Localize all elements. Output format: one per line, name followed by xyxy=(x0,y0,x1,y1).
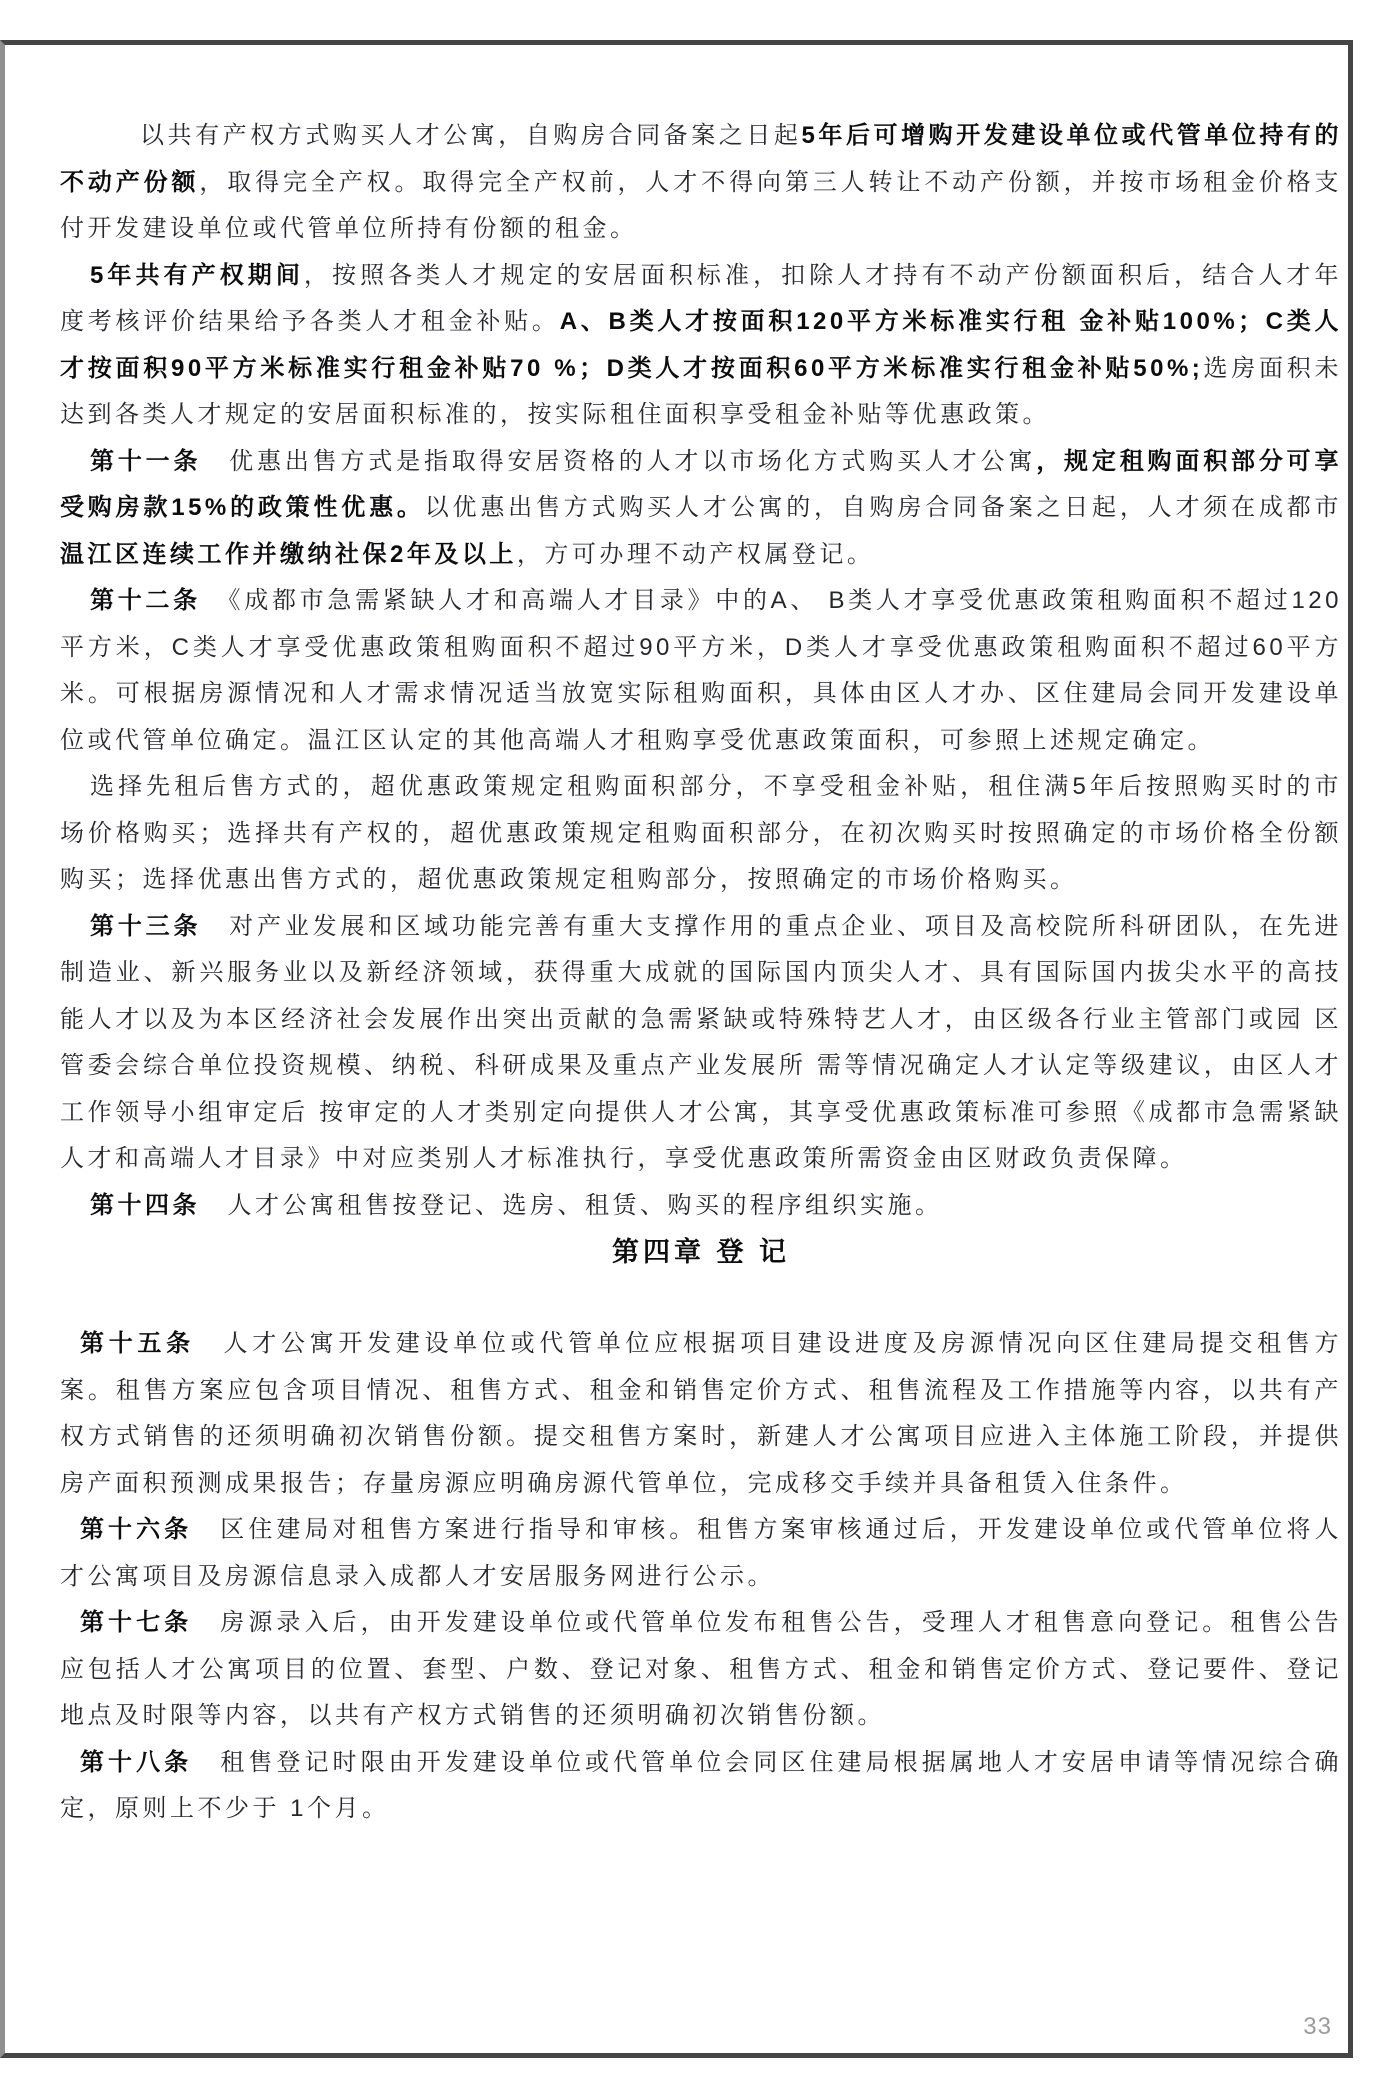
article-paragraph: 第十三条 对产业发展和区域功能完善有重大支撑作用的重点企业、项目及高校院所科研团… xyxy=(60,904,1342,1183)
text-run: 对产业发展和区域功能完善有重大支撑作用的重点企业、项目及高校院所科研团队，在先进… xyxy=(60,913,1342,1173)
text-run: 人才公寓租售按登记、选房、租赁、购买的程序组织实施。 xyxy=(200,1192,943,1219)
article-paragraph: 5年共有产权期间，按照各类人才规定的安居面积标准，扣除人才持有不动产份额面积后，… xyxy=(60,253,1342,439)
bold-text-run: 第十二条 xyxy=(90,587,201,614)
text-run: 《成都市急需紧缺人才和高端人才目录》中的A、 B类人才享受优惠政策租购面积不超过… xyxy=(60,587,1342,754)
bold-text-run: 第十八条 xyxy=(80,1749,192,1776)
article-paragraph: 第十八条 租售登记时限由开发建设单位或代管单位会同区住建局根据属地人才安居申请等… xyxy=(60,1740,1342,1833)
text-run: 租售登记时限由开发建设单位或代管单位会同区住建局根据属地人才安居申请等情况综合确… xyxy=(60,1749,1342,1823)
text-run: 区住建局对租售方案进行指导和审核。租售方案审核通过后，开发建设单位或代管单位将人… xyxy=(60,1516,1342,1590)
article-paragraph: 选择先租后售方式的，超优惠政策规定租购面积部分，不享受租金补贴，租住满5年后按照… xyxy=(60,764,1342,904)
page-number: 33 xyxy=(1303,2013,1332,2041)
text-run: 人才公寓开发建设单位或代管单位应根据项目建设进度及房源情况向区住建局提交租售方案… xyxy=(60,1330,1342,1497)
bold-text-run: 第四章 登 记 xyxy=(612,1237,790,1267)
text-run: 以优惠出售方式购买人才公寓的，自购房合同备案之日起，人才须在成都市 xyxy=(425,494,1342,521)
article-paragraph: 第十二条 《成都市急需紧缺人才和高端人才目录》中的A、 B类人才享受优惠政策租购… xyxy=(60,578,1342,764)
bold-text-run: 第十六条 xyxy=(80,1516,192,1543)
article-paragraph: 第十四条 人才公寓租售按登记、选房、租赁、购买的程序组织实施。 xyxy=(60,1183,1342,1230)
text-run: 优惠出售方式是指取得安居资格的人才以市场化方式购买人才公寓 xyxy=(201,448,1036,475)
bold-text-run: 5年共有产权期间 xyxy=(90,262,304,289)
text-run: ，取得完全产权。取得完全产权前，人才不得向第三人转让不动产份额，并按市场租金价格… xyxy=(60,169,1342,243)
text-run: 以共有产权方式购买人才公寓，自购房合同备案之日起 xyxy=(140,122,801,149)
article-paragraph: 以共有产权方式购买人才公寓，自购房合同备案之日起5年后可增购开发建设单位或代管单… xyxy=(60,113,1342,253)
bold-text-run: 第十四条 xyxy=(90,1192,200,1219)
bold-text-run: 第十七条 xyxy=(80,1609,192,1636)
text-run: ，方可办理不动产权属登记。 xyxy=(517,541,875,568)
bold-text-run: 第十三条 xyxy=(90,913,201,940)
article-paragraph: 第十七条 房源录入后，由开发建设单位或代管单位发布租售公告，受理人才租售意向登记… xyxy=(60,1600,1342,1740)
article-paragraph: 第十五条 人才公寓开发建设单位或代管单位应根据项目建设进度及房源情况向区住建局提… xyxy=(60,1321,1342,1507)
chapter-heading: 第四章 登 记 xyxy=(60,1229,1342,1276)
bold-text-run: 第十五条 xyxy=(80,1330,195,1357)
text-run: 房源录入后，由开发建设单位或代管单位发布租售公告，受理人才租售意向登记。租售公告… xyxy=(60,1609,1342,1729)
text-run: 选择先租后售方式的，超优惠政策规定租购面积部分，不享受租金补贴，租住满5年后按照… xyxy=(60,773,1342,893)
article-paragraph: 第十一条 优惠出售方式是指取得安居资格的人才以市场化方式购买人才公寓，规定租购面… xyxy=(60,439,1342,579)
document-body: 以共有产权方式购买人才公寓，自购房合同备案之日起5年后可增购开发建设单位或代管单… xyxy=(5,45,1348,1833)
bold-text-run: 第十一条 xyxy=(90,448,201,475)
bold-text-run: 温江区连续工作并缴纳社保2年及以上 xyxy=(60,541,517,568)
document-page: 以共有产权方式购买人才公寓，自购房合同备案之日起5年后可增购开发建设单位或代管单… xyxy=(0,40,1353,2058)
article-paragraph: 第十六条 区住建局对租售方案进行指导和审核。租售方案审核通过后，开发建设单位或代… xyxy=(60,1507,1342,1600)
